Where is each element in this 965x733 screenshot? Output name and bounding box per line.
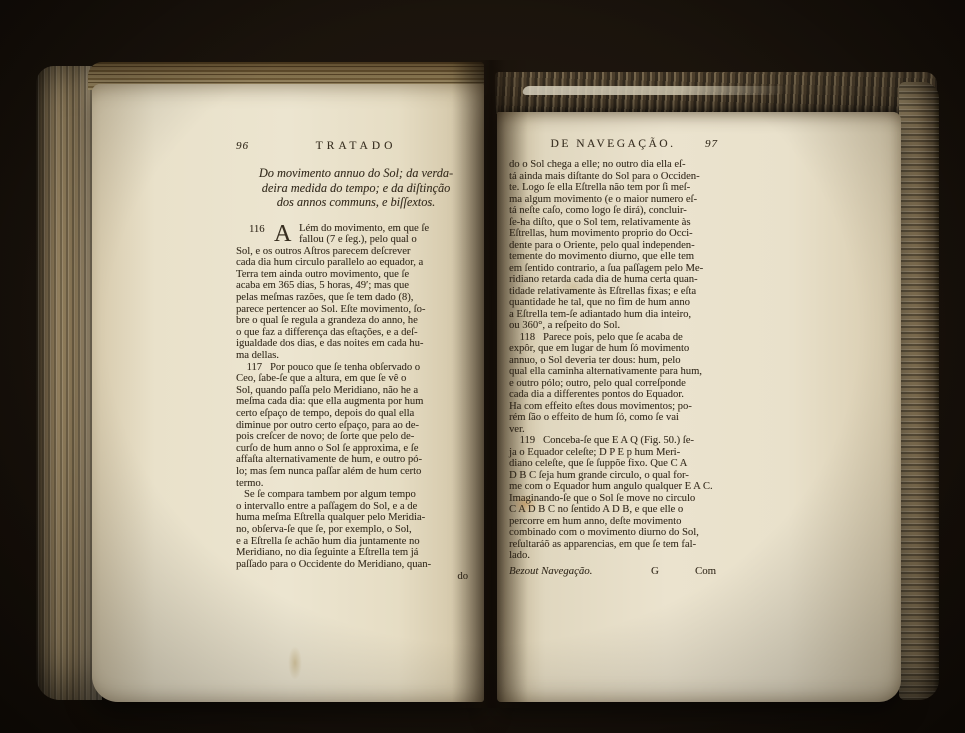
right-page-text-column: DE NAVEGAÇÃO. 97 do o Sol chega a elle; … [509,138,757,579]
paragraph-116-opening-lines: Lém do movimento, em que ſe fallou (7 e … [236,223,476,246]
right-running-title: DE NAVEGAÇÃO. [509,138,717,150]
footer-book-title: Bezout Navegação. [509,565,592,577]
section-heading: Do movimento annuo do Sol; da verda- dei… [236,166,476,210]
paragraph-116-body: Sol, e os outros Aſtros parecem deſcreve… [236,246,476,362]
footer-signature-line: Bezout Navegação. G Com [509,565,757,579]
top-right-fore-edge [495,72,937,114]
right-page-edge-stack [899,82,939,700]
left-running-head: 96 TRATADO [236,140,476,153]
paragraph-comparison: Se ſe compara tambem por algum tempo o i… [236,489,476,570]
left-running-title: TRATADO [236,140,476,152]
right-running-head: DE NAVEGAÇÃO. 97 [509,138,757,151]
right-catchword: Com [695,565,716,577]
paragraph-116-number: 116 [249,224,265,235]
paragraph-continuation: do o Sol chega a elle; no outro dia ella… [509,159,757,332]
paragraph-119: 119 Conceba-ſe que E A Q (Fig. 50.) ſe- … [509,435,757,562]
photo-background: 96 TRATADO Do movimento annuo do Sol; da… [0,0,965,733]
paragraph-117: 117 Por pouco que ſe tenha obſervado o C… [236,362,476,490]
paragraph-116: 116 A Lém do movimento, em que ſe fallou… [236,223,476,362]
left-page-text-column: 96 TRATADO Do movimento annuo do Sol; da… [236,140,476,583]
right-page-number: 97 [705,138,718,150]
paragraph-118: 118 Parece pois, pelo que ſe acaba de ex… [509,332,757,436]
left-catchword: do [236,571,476,583]
signature-mark: G [651,565,659,577]
drop-cap-A: A [274,223,291,245]
